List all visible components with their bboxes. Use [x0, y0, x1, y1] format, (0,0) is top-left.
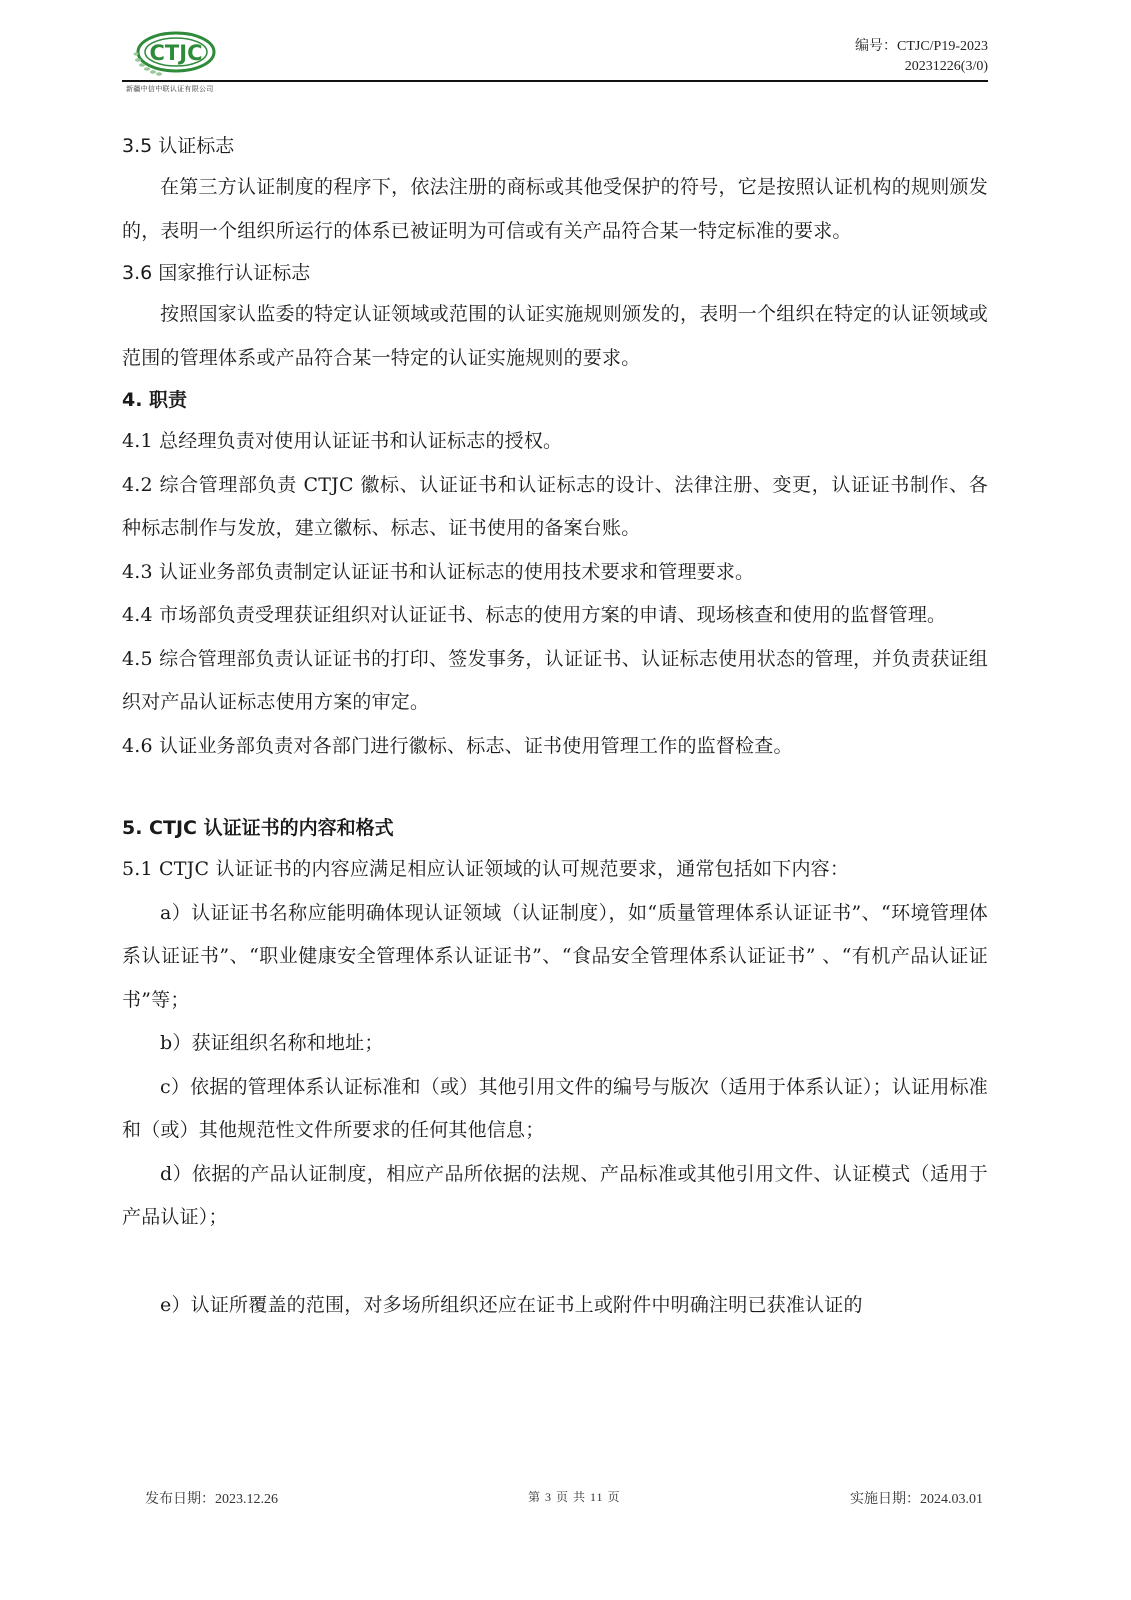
list-item-4-2: 4.2 综合管理部负责 CTJC 徽标、认证证书和认证标志的设计、法律注册、变更…	[122, 464, 988, 551]
page-footer: 发布日期：2023.12.26 第 3 页 共 11 页 实施日期：2024.0…	[0, 1484, 1131, 1514]
list-item-5-1-c: c）依据的管理体系认证标准和（或）其他引用文件的编号与版次（适用于体系认证）；认…	[122, 1066, 988, 1153]
ctjc-logo-icon: CTJC	[128, 30, 218, 78]
document-number-block: 编号：CTJC/P19-2023 20231226(3/0)	[855, 37, 988, 77]
company-logo: CTJC	[128, 30, 218, 78]
section-3-5-paragraph: 在第三方认证制度的程序下，依法注册的商标或其他受保护的符号，它是按照认证机构的规…	[122, 166, 988, 253]
list-item-5-1-d: d）依据的产品认证制度，相应产品所依据的法规、产品标准或其他引用文件、认证模式（…	[122, 1153, 988, 1240]
list-item-4-1: 4.1 总经理负责对使用认证证书和认证标志的授权。	[122, 420, 988, 464]
spacer	[122, 1240, 988, 1284]
header-divider	[122, 80, 988, 82]
effective-date: 实施日期：2024.03.01	[850, 1488, 983, 1508]
page-number: 第 3 页 共 11 页	[528, 1488, 621, 1505]
list-item-4-5: 4.5 综合管理部负责认证证书的打印、签发事务，认证证书、认证标志使用状态的管理…	[122, 638, 988, 725]
svg-text:CTJC: CTJC	[150, 41, 203, 65]
list-item-4-6: 4.6 认证业务部负责对各部门进行徽标、标志、证书使用管理工作的监督检查。	[122, 725, 988, 769]
list-item-4-3: 4.3 认证业务部负责制定认证证书和认证标志的使用技术要求和管理要求。	[122, 551, 988, 595]
company-name: 新疆中信中联认证有限公司	[126, 84, 214, 94]
publish-date: 发布日期：2023.12.26	[145, 1488, 278, 1508]
section-heading-4: 4. 职责	[122, 380, 988, 420]
page-header: CTJC 新疆中信中联认证有限公司 编号：CTJC/P19-2023 20231…	[0, 0, 1131, 100]
document-version: 20231226(3/0)	[855, 57, 988, 77]
section-5-1-intro: 5.1 CTJC 认证证书的内容应满足相应认证领域的认可规范要求，通常包括如下内…	[122, 848, 988, 892]
section-heading-3-6: 3.6 国家推行认证标志	[122, 253, 988, 293]
section-heading-5: 5. CTJC 认证证书的内容和格式	[122, 808, 988, 848]
list-item-5-1-e: e）认证所覆盖的范围，对多场所组织还应在证书上或附件中明确注明已获准认证的	[122, 1284, 988, 1328]
list-item-5-1-b: b）获证组织名称和地址；	[122, 1022, 988, 1066]
list-item-4-4: 4.4 市场部负责受理获证组织对认证证书、标志的使用方案的申请、现场核查和使用的…	[122, 594, 988, 638]
document-body: 3.5 认证标志 在第三方认证制度的程序下，依法注册的商标或其他受保护的符号，它…	[122, 126, 988, 1327]
document-number: 编号：CTJC/P19-2023	[855, 37, 988, 57]
list-item-5-1-a: a）认证证书名称应能明确体现认证领域（认证制度），如“质量管理体系认证证书”、“…	[122, 892, 988, 1023]
section-3-6-paragraph: 按照国家认监委的特定认证领域或范围的认证实施规则颁发的，表明一个组织在特定的认证…	[122, 293, 988, 380]
section-heading-3-5: 3.5 认证标志	[122, 126, 988, 166]
spacer	[122, 768, 988, 808]
